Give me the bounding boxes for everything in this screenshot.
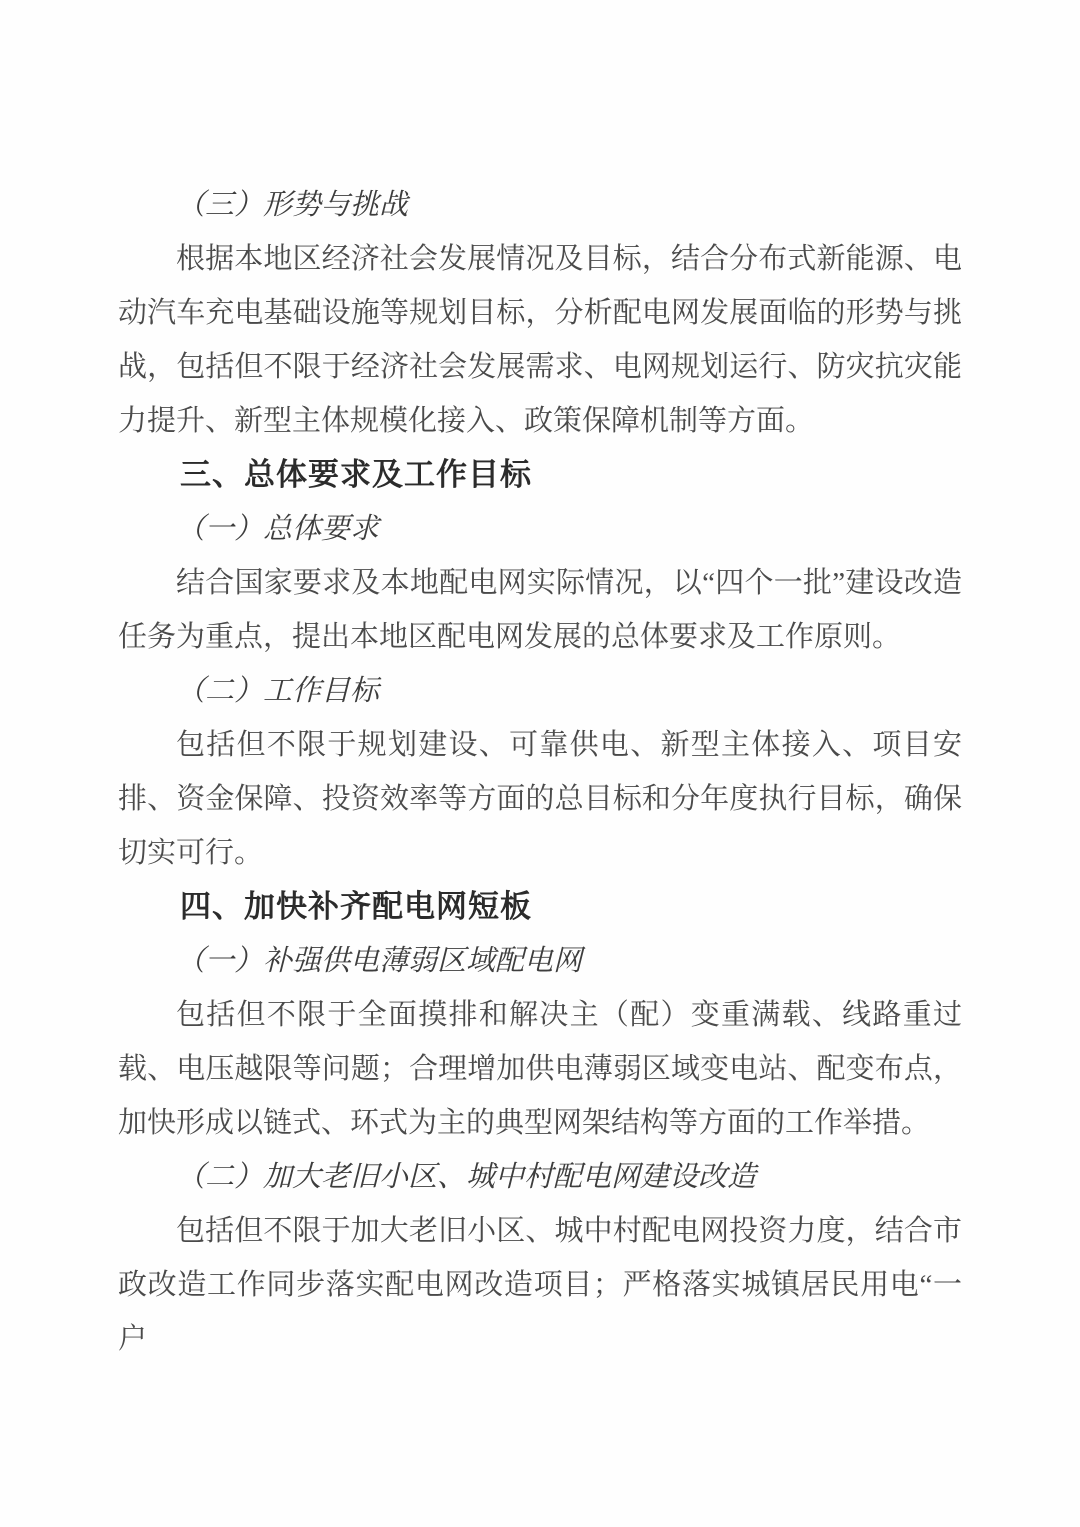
body-paragraph: 包括但不限于规划建设、可靠供电、新型主体接入、项目安排、资金保障、投资效率等方面… — [118, 718, 962, 880]
subsection-heading: （二）工作目标 — [118, 664, 962, 718]
body-paragraph: 根据本地区经济社会发展情况及目标，结合分布式新能源、电动汽车充电基础设施等规划目… — [118, 232, 962, 448]
section-heading: 三、总体要求及工作目标 — [118, 448, 962, 502]
section-heading: 四、加快补齐配电网短板 — [118, 880, 962, 934]
body-paragraph: 包括但不限于加大老旧小区、城中村配电网投资力度，结合市政改造工作同步落实配电网改… — [118, 1204, 962, 1366]
body-paragraph: 结合国家要求及本地配电网实际情况，以“四个一批”建设改造任务为重点，提出本地区配… — [118, 556, 962, 664]
body-paragraph: 包括但不限于全面摸排和解决主（配）变重满载、线路重过载、电压越限等问题；合理增加… — [118, 988, 962, 1150]
document-page: （三）形势与挑战 根据本地区经济社会发展情况及目标，结合分布式新能源、电动汽车充… — [0, 0, 1080, 1527]
subsection-heading: （一）总体要求 — [118, 502, 962, 556]
subsection-heading: （三）形势与挑战 — [118, 178, 962, 232]
document-body: （三）形势与挑战 根据本地区经济社会发展情况及目标，结合分布式新能源、电动汽车充… — [118, 178, 962, 1366]
subsection-heading: （一）补强供电薄弱区域配电网 — [118, 934, 962, 988]
subsection-heading: （二）加大老旧小区、城中村配电网建设改造 — [118, 1150, 962, 1204]
